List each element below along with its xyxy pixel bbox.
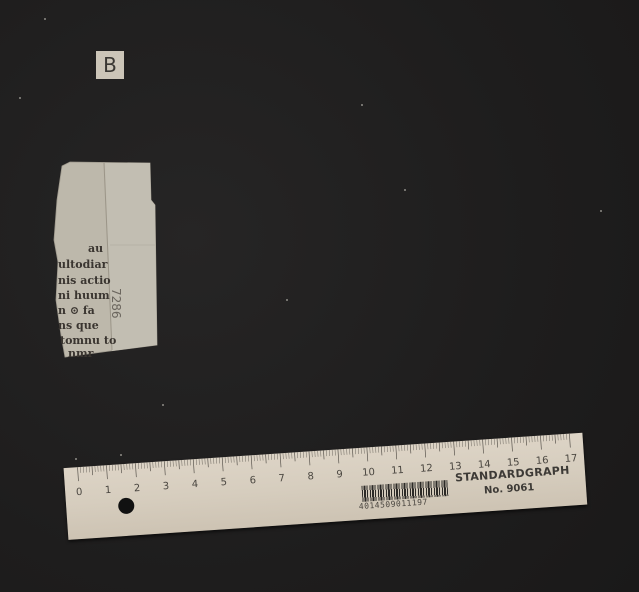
svg-text:tomnu to: tomnu to: [60, 334, 116, 347]
tick-label-6: 6: [249, 475, 256, 486]
ruler-model: No. 9061: [484, 482, 535, 496]
tick-label-12: 12: [420, 463, 433, 475]
tick-label-7: 7: [278, 473, 285, 484]
tick-label-8: 8: [307, 471, 314, 482]
svg-text:ultodiar: ultodiar: [58, 258, 108, 271]
svg-text:ni huum: ni huum: [58, 289, 110, 302]
ruler-hang-hole: [118, 497, 135, 514]
tick-label-4: 4: [191, 479, 198, 490]
tick-label-5: 5: [220, 477, 227, 488]
svg-text:nis actio: nis actio: [58, 274, 111, 287]
svg-text:n ⊙ fa: n ⊙ fa: [58, 304, 95, 317]
tick-label-10: 10: [362, 467, 375, 479]
svg-text:nmr: nmr: [68, 347, 94, 360]
tick-label-3: 3: [162, 481, 169, 492]
tick-label-0: 0: [76, 487, 83, 498]
tick-label-11: 11: [391, 465, 404, 477]
svg-text:ns que: ns que: [58, 319, 99, 332]
svg-text:au: au: [88, 242, 103, 255]
tick-label-2: 2: [134, 483, 141, 494]
svg-text:7286: 7286: [109, 288, 123, 319]
tick-label-9: 9: [336, 469, 343, 480]
tick-label-1: 1: [105, 485, 112, 496]
